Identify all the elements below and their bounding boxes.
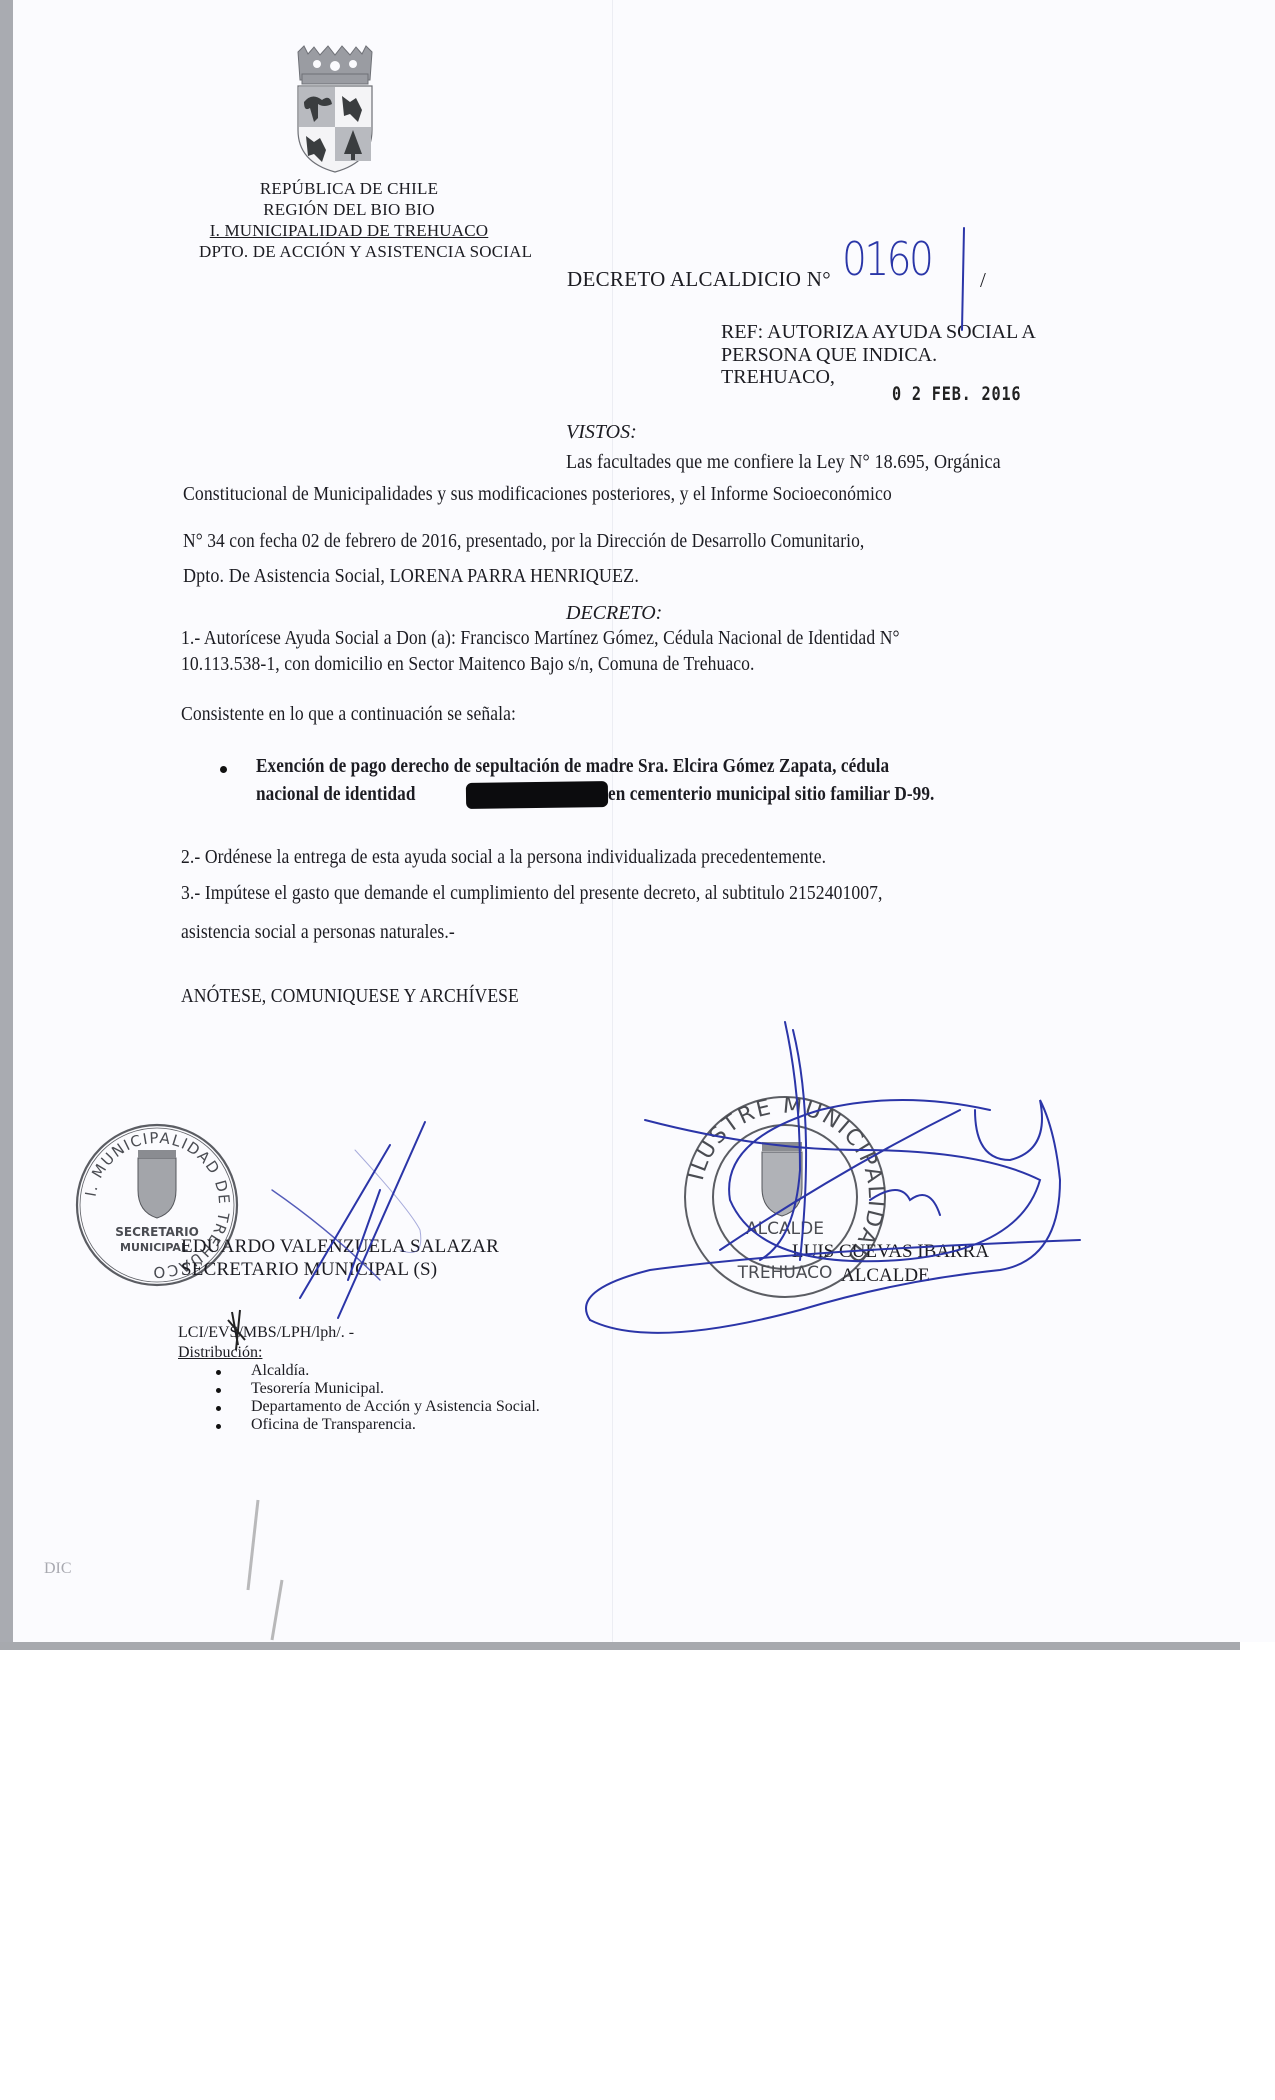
scan-edge-bottom	[0, 1642, 1240, 1650]
distribution-item: Departamento de Acción y Asistencia Soci…	[251, 1398, 540, 1416]
secretary-name: EDUARDO VALENZUELA SALAZAR	[181, 1236, 499, 1258]
initials-line: LCI/EVS/MBS/LPH/lph/. -	[178, 1324, 354, 1342]
consistente-line: Consistente en lo que a continuación se …	[181, 703, 516, 726]
ref-line-1: REF: AUTORIZA AYUDA SOCIAL A	[721, 321, 1036, 344]
item-1-line-2: 10.113.538-1, con domicilio en Sector Ma…	[181, 653, 755, 676]
bullet-icon	[216, 1388, 221, 1393]
ref-line-3: TREHUACO,	[721, 366, 835, 389]
redacted-id	[466, 781, 608, 809]
decreto-heading: DECRETO:	[566, 602, 662, 625]
decree-number-handwritten: 0160	[842, 232, 931, 286]
letterhead-municipality: I. MUNICIPALIDAD DE TREHUACO	[199, 220, 499, 241]
decree-title: DECRETO ALCALDICIO N°	[567, 267, 831, 292]
bullet-icon	[216, 1424, 221, 1429]
distribution-label: Distribución:	[178, 1344, 262, 1362]
bullet-line-2b: en cementerio municipal sitio familiar D…	[608, 783, 934, 806]
bullet-line-1: Exención de pago derecho de sepultación …	[256, 755, 889, 778]
mayor-name: LUIS CUEVAS IBARRA	[792, 1241, 989, 1263]
mayor-stamp-bottom: TREHUACO	[737, 1263, 833, 1283]
closing-formula: ANÓTESE, COMUNIQUESE Y ARCHÍVESE	[181, 985, 519, 1008]
letterhead: REPÚBLICA DE CHILE REGIÓN DEL BIO BIO I.…	[199, 178, 499, 262]
vistos-line-3: N° 34 con fecha 02 de febrero de 2016, p…	[183, 530, 864, 553]
bullet-line-2a: nacional de identidad	[256, 783, 416, 806]
ref-line-2: PERSONA QUE INDICA.	[721, 344, 937, 367]
date-stamp: 0 2 FEB. 2016	[892, 383, 1021, 405]
scan-edge-left	[0, 0, 13, 1650]
vistos-line-2: Constitucional de Municipalidades y sus …	[183, 483, 892, 506]
item-2: 2.- Ordénese la entrega de esta ayuda so…	[181, 846, 826, 869]
mayor-role: ALCALDE	[841, 1265, 930, 1287]
distribution-item: Tesorería Municipal.	[251, 1380, 384, 1398]
margin-mark: DIC	[44, 1560, 72, 1578]
letterhead-country: REPÚBLICA DE CHILE	[199, 178, 499, 199]
coat-of-arms-icon	[290, 44, 380, 176]
item-3-line-2: asistencia social a personas naturales.-	[181, 921, 455, 944]
bullet-icon	[216, 1406, 221, 1411]
letterhead-department: DPTO. DE ACCIÓN Y ASISTENCIA SOCIAL	[199, 241, 499, 262]
item-1-line-1: 1.- Autorícese Ayuda Social a Don (a): F…	[181, 627, 900, 650]
vistos-line-1: Las facultades que me confiere la Ley N°…	[566, 451, 1001, 474]
vistos-heading: VISTOS:	[566, 421, 637, 444]
fold-line	[612, 0, 613, 1642]
mayor-stamp-center: ALCALDE	[746, 1219, 824, 1239]
bullet-icon	[220, 766, 227, 773]
bullet-icon	[216, 1370, 221, 1375]
vistos-line-4: Dpto. De Asistencia Social, LORENA PARRA…	[183, 565, 639, 588]
secretary-role: SECRETARIO MUNICIPAL (S)	[181, 1259, 437, 1281]
letterhead-region: REGIÓN DEL BIO BIO	[199, 199, 499, 220]
decree-number-suffix: /	[980, 268, 986, 293]
distribution-item: Oficina de Transparencia.	[251, 1416, 416, 1434]
distribution-item: Alcaldía.	[251, 1362, 309, 1380]
secretary-stamp-line-2: MUNICIPAL	[120, 1241, 188, 1254]
item-3-line-1: 3.- Impútese el gasto que demande el cum…	[181, 882, 883, 905]
